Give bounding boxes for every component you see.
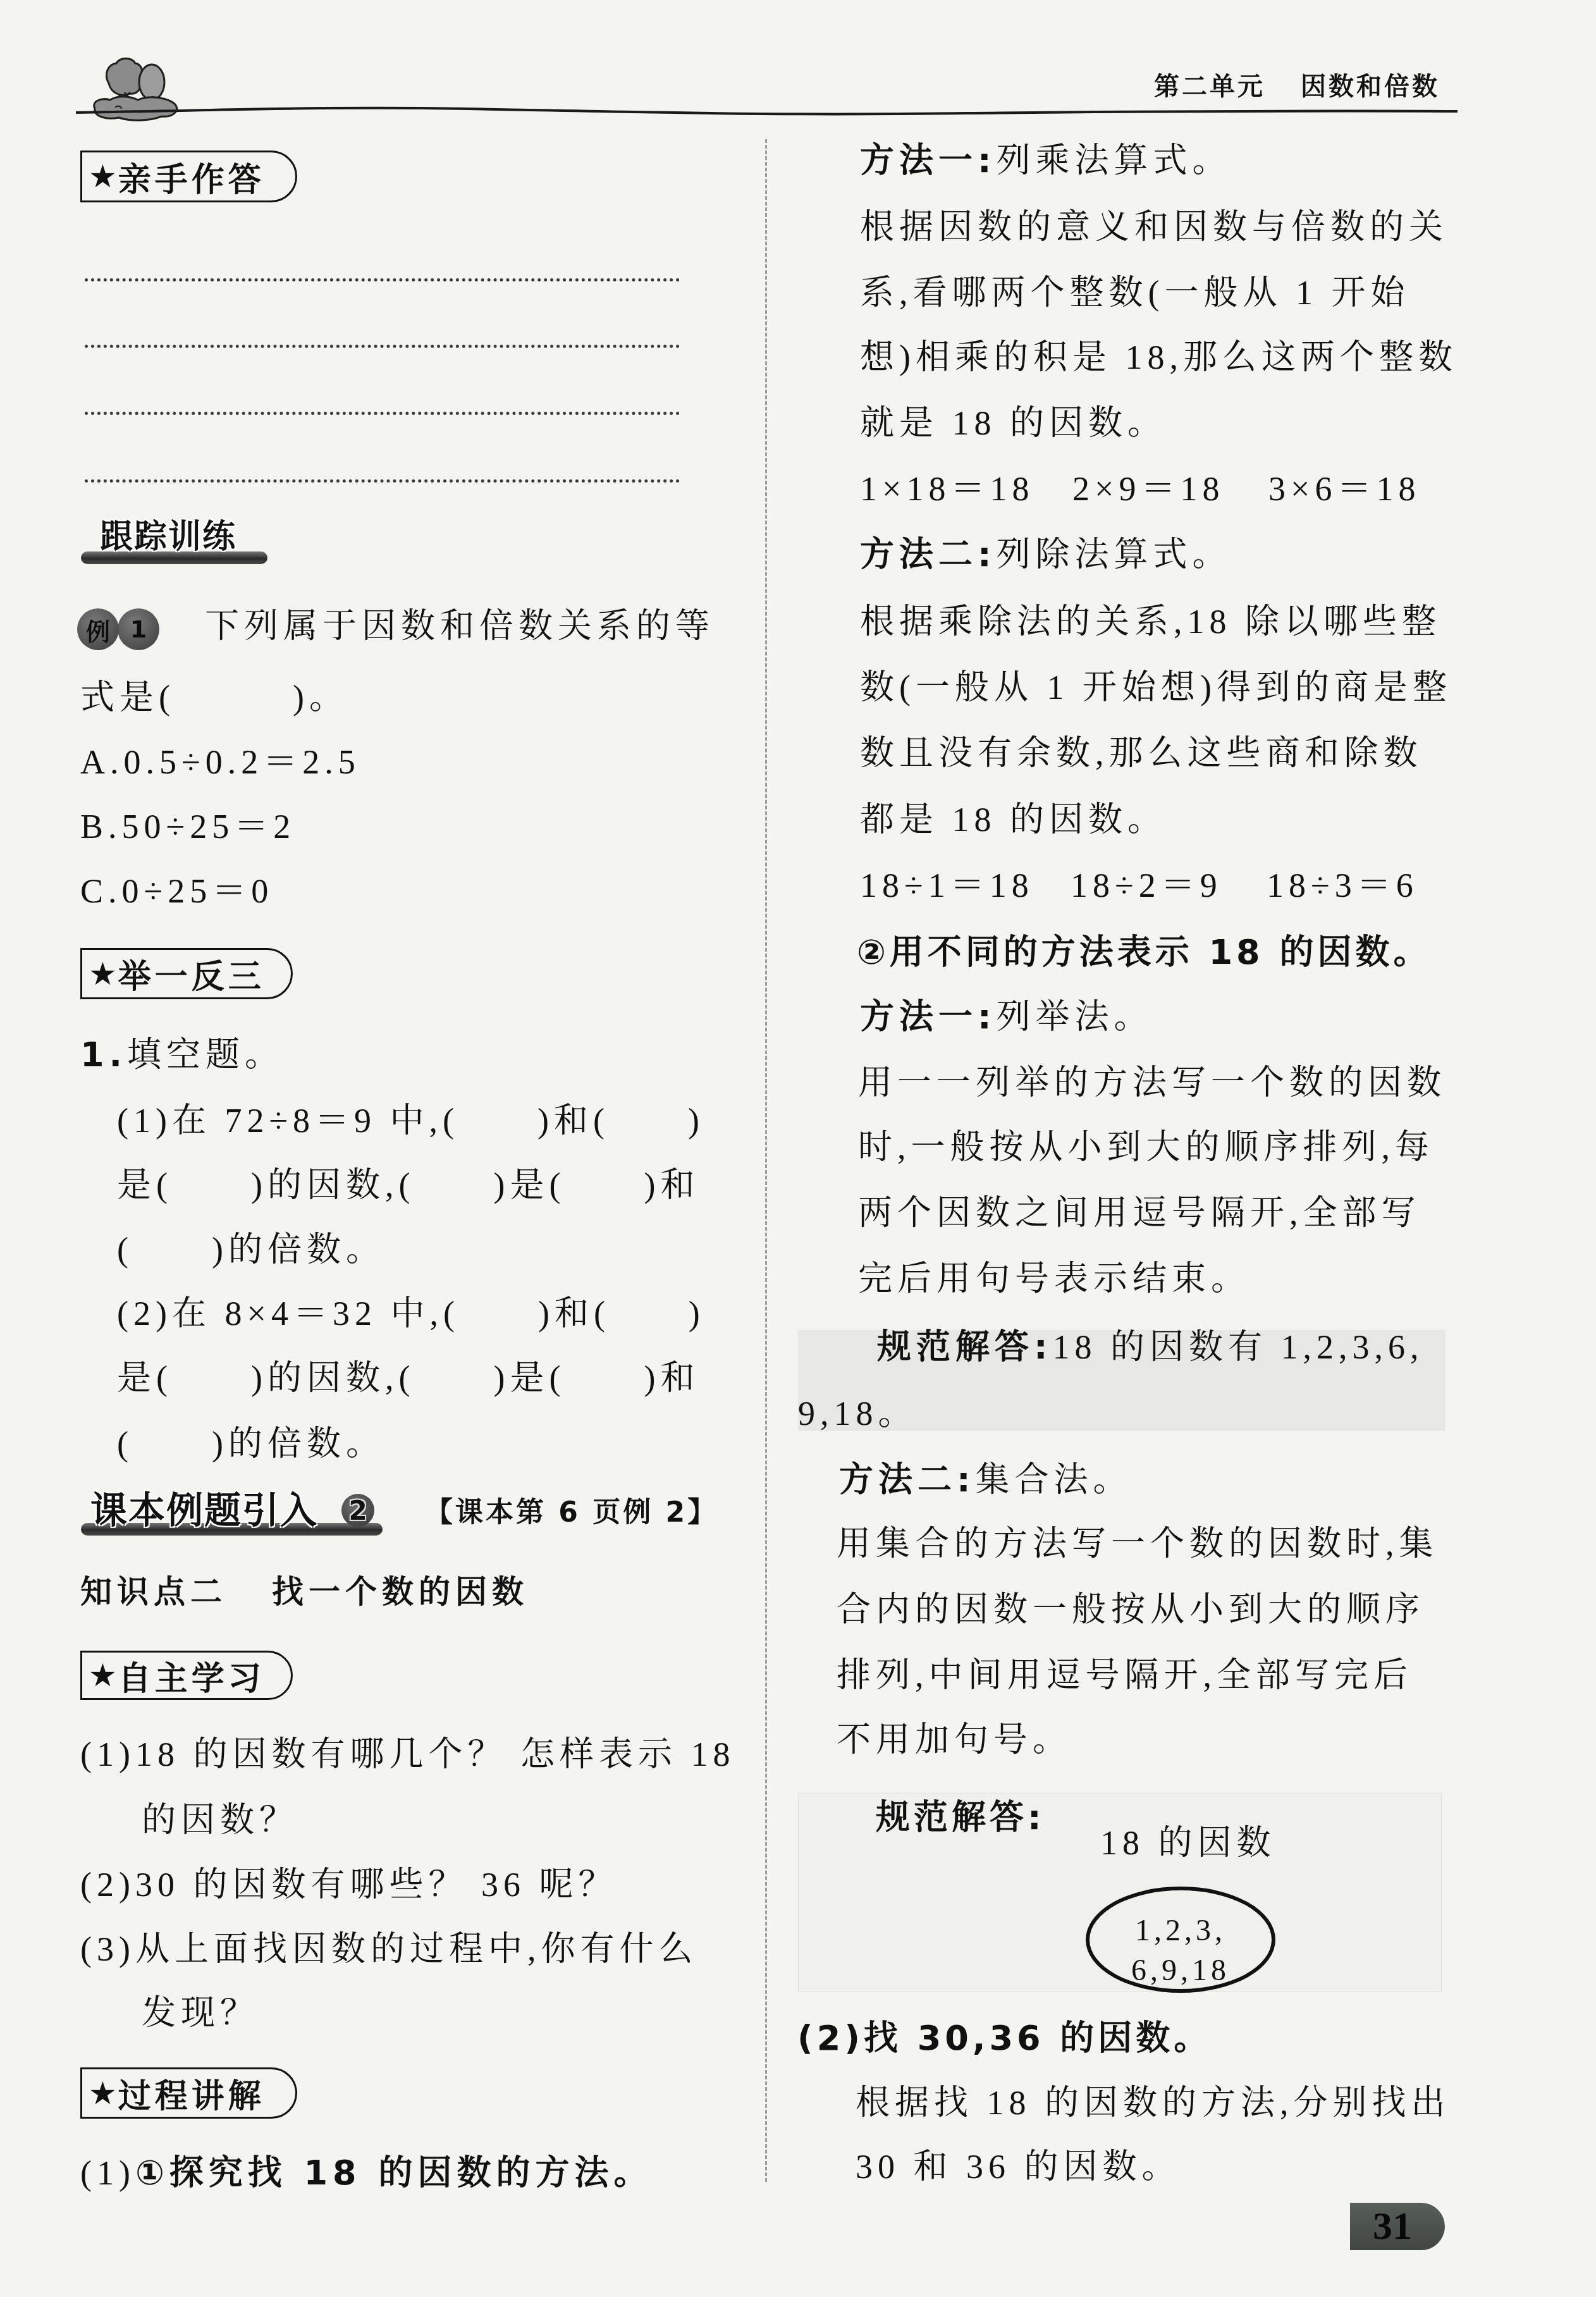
method-label: 方法二:: [839, 1460, 976, 1500]
example-badge-number: 1: [118, 608, 159, 650]
equation: 2×9＝18: [1072, 469, 1224, 509]
body-line: 想)相乘的积是 18,那么这两个整数: [860, 337, 1458, 378]
method-label: 方法二:: [860, 534, 997, 574]
set-members-line: 1,2,3,: [1086, 1913, 1275, 1949]
option-b: B.50÷25＝2: [80, 806, 295, 847]
option-a: A.0.5÷0.2＝2.5: [80, 742, 360, 782]
option-c: C.0÷25＝0: [80, 871, 273, 911]
body-line: 两个因数之间用逗号隔开,全部写: [858, 1193, 1421, 1233]
self-study-question: (3)从上面找因数的过程中,你有什么: [80, 1929, 697, 1969]
method-name: 列乘法算式。: [997, 142, 1232, 180]
equation: 3×6＝18: [1268, 469, 1420, 509]
example-badge-label: 例: [77, 608, 119, 650]
fill-blank-line: ( )的倍数。: [117, 1424, 385, 1464]
part2-title: (2)找 30,36 的因数。: [797, 2018, 1212, 2059]
exercise-title-text: 填空题。: [127, 1036, 284, 1074]
method-title: 方法二:集合法。: [839, 1460, 1133, 1500]
standard-answer-line: 规范解答:18 的因数有 1,2,3,6,: [877, 1327, 1424, 1367]
fill-blank-line: ( )的倍数。: [117, 1229, 385, 1270]
explanation-prefix: (1): [80, 2154, 135, 2192]
method-title: 方法二:列除法算式。: [860, 534, 1232, 575]
fill-blank-line: (1)在 72÷8＝9 中,( )和( ): [117, 1100, 704, 1141]
body-line: 数(一般从 1 开始想)得到的商是整: [860, 667, 1452, 708]
knowledge-point-title: 找一个数的因数: [272, 1572, 529, 1612]
method-name: 集合法。: [976, 1461, 1133, 1499]
explanation-intro: (1)①探究找 18 的因数的方法。: [80, 2153, 653, 2193]
body-line: 都是 18 的因数。: [860, 799, 1167, 840]
set-members-line: 6,9,18: [1086, 1953, 1275, 1988]
equation: 18÷2＝9: [1071, 865, 1222, 906]
answer-line: [85, 412, 680, 415]
body-line: 系,看哪两个整数(一般从 1 开始: [860, 273, 1409, 313]
tag-hand-answer: ★亲手作答: [80, 151, 297, 202]
equation: 1×18＝18: [860, 469, 1034, 509]
body-line: 用一一列举的方法写一个数的因数: [858, 1062, 1446, 1103]
textbook-reference: 【课本第 6 页例 2】: [425, 1497, 718, 1529]
body-line: 合内的因数一般按从小到大的顺序: [837, 1589, 1425, 1630]
header-rule: [76, 101, 1461, 120]
section-heading-textbook: 课本例题引入: [90, 1490, 318, 1530]
page-number: 31: [1350, 2203, 1445, 2250]
body-line: 数且没有余数,那么这些商和除数: [860, 733, 1423, 773]
body-line: 时,一般按从小到大的顺序排列,每: [858, 1127, 1434, 1167]
equation: 18÷1＝18: [860, 865, 1034, 906]
body-line: 不用加句号。: [837, 1720, 1072, 1760]
body-line: 根据因数的意义和因数与倍数的关: [860, 207, 1448, 247]
section-heading-tracking: 跟踪训练: [100, 519, 236, 555]
header-topic: 因数和倍数: [1301, 71, 1440, 102]
answer-line: [85, 479, 680, 483]
example-stem-line: 式是( )。: [80, 677, 348, 718]
method-title: 方法一:列乘法算式。: [860, 140, 1232, 181]
method-name: 列举法。: [997, 998, 1153, 1036]
column-divider: [765, 139, 767, 2182]
method-label: 方法一:: [860, 140, 997, 180]
representation-title: ②用不同的方法表示 18 的因数。: [857, 932, 1431, 973]
star-icon: ★: [89, 1657, 117, 1694]
tag-label: 过程讲解: [118, 2069, 265, 2117]
body-line: 根据乘除法的关系,18 除以哪些整: [860, 601, 1441, 642]
self-study-question: (1)18 的因数有哪几个？ 怎样表示 18: [80, 1734, 735, 1775]
header-unit: 第二单元: [1154, 71, 1265, 102]
fill-blank-line: 是( )的因数,( )是( )和: [117, 1358, 699, 1398]
tag-label: 自主学习: [118, 1652, 265, 1699]
method-title: 方法一:列举法。: [860, 997, 1153, 1037]
tag-label: 亲手作答: [118, 153, 265, 200]
self-study-question: (2)30 的因数有哪些？ 36 呢？: [80, 1864, 617, 1905]
tag-practice: ★举一反三: [80, 948, 293, 999]
tag-process-explanation: ★过程讲解: [80, 2067, 297, 2119]
body-line: 就是 18 的因数。: [860, 403, 1167, 443]
self-study-question: 的因数？: [142, 1800, 298, 1840]
body-line: 排列,中间用逗号隔开,全部写完后: [837, 1655, 1413, 1696]
standard-answer-label: 规范解答:: [876, 1797, 1045, 1838]
exercise-number: 1.: [80, 1035, 127, 1075]
explanation-title: ①探究找 18 的因数的方法。: [135, 2153, 653, 2193]
example-stem-line: 下列属于因数和倍数关系的等: [205, 606, 715, 646]
body-line: 用集合的方法写一个数的因数时,集: [837, 1524, 1439, 1564]
method-label: 方法一:: [860, 997, 997, 1037]
textbook-example-number: 2: [341, 1494, 374, 1527]
knowledge-point-label: 知识点二: [80, 1572, 227, 1612]
exercise-title: 1.填空题。: [80, 1035, 284, 1075]
fill-blank-line: (2)在 8×4＝32 中,( )和( ): [117, 1293, 705, 1334]
set-title: 18 的因数: [1100, 1823, 1276, 1863]
body-line: 完后用句号表示结束。: [858, 1259, 1250, 1299]
body-line: 根据找 18 的因数的方法,分别找出: [856, 2083, 1451, 2123]
star-icon: ★: [89, 158, 117, 195]
method-name: 列除法算式。: [997, 536, 1232, 574]
fill-blank-line: 是( )的因数,( )是( )和: [117, 1165, 699, 1205]
star-icon: ★: [89, 956, 117, 992]
standard-answer-label: 规范解答:: [877, 1327, 1053, 1367]
tag-label: 举一反三: [118, 950, 265, 997]
answer-line: [85, 345, 680, 348]
standard-answer-text: 18 的因数有 1,2,3,6,: [1053, 1328, 1424, 1366]
star-icon: ★: [89, 2075, 117, 2112]
answer-line: [85, 278, 680, 281]
body-line: 30 和 36 的因数。: [856, 2146, 1181, 2187]
standard-answer-text: 9,18。: [798, 1393, 918, 1434]
equation: 18÷3＝6: [1267, 865, 1418, 906]
tag-self-study: ★自主学习: [80, 1651, 293, 1700]
self-study-question: 发现？: [142, 1993, 259, 2033]
